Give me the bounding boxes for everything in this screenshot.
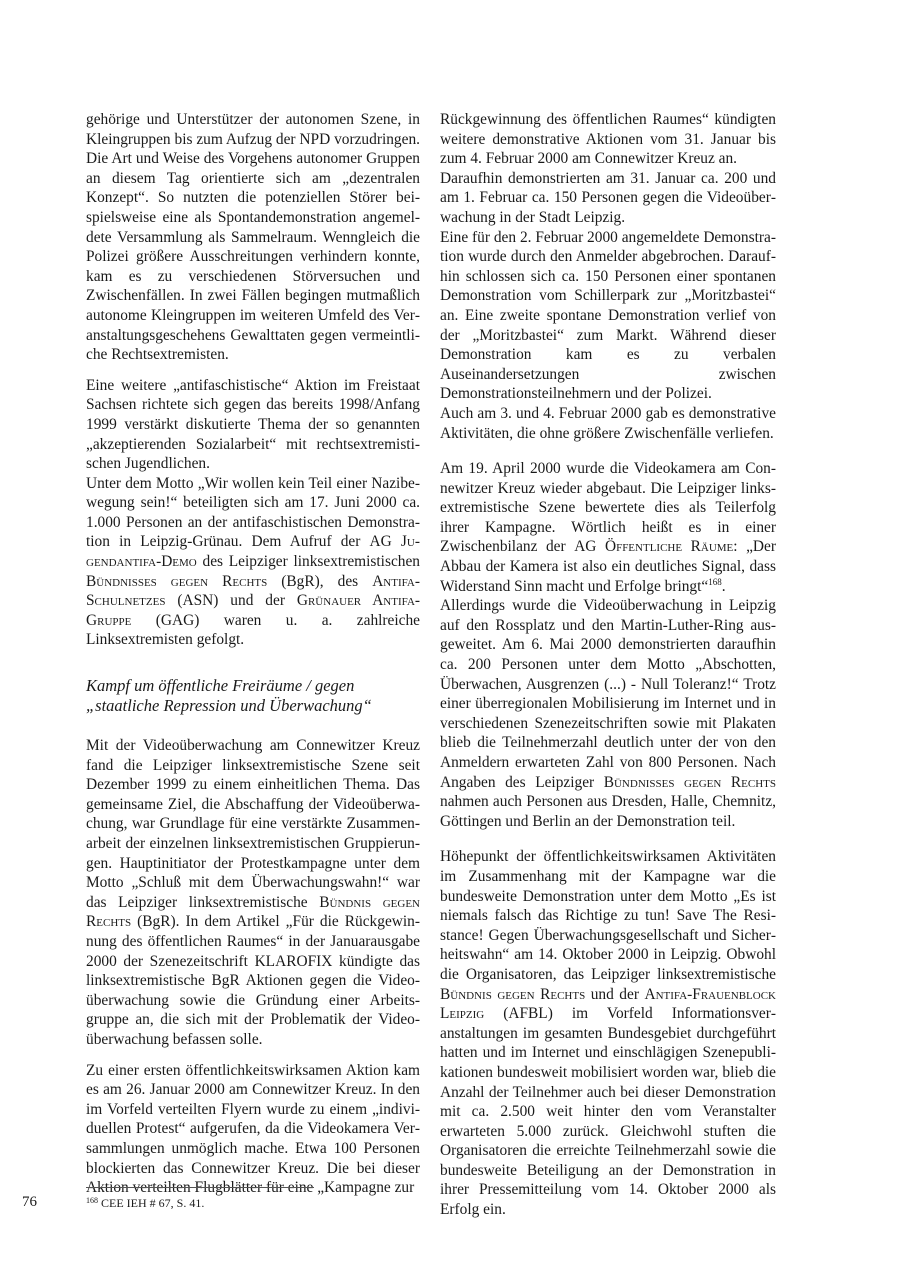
paragraph: Mit der Videoüberwachung am Connewitzer … — [86, 736, 420, 1050]
text-run: Mit der Videoüberwachung am Connewitzer … — [86, 737, 420, 911]
heading-line: Kampf um öffentliche Freiräume / gegen — [86, 676, 354, 695]
text-run: Allerdings wurde die Videoüberwachung in… — [440, 597, 776, 790]
footnote-reference[interactable]: 168 — [708, 577, 722, 587]
left-column: gehörige und Unterstützer der autonomen … — [86, 110, 420, 1198]
paragraph: Eine für den 2. Februar 2000 angemeldete… — [440, 228, 776, 404]
paragraph: Höhepunkt der öffentlichkeitswirksamen A… — [440, 847, 776, 1219]
paragraph: Zu einer ersten öffentlichkeitswirksamen… — [86, 1061, 420, 1198]
paragraph: Unter dem Motto „Wir wollen kein Teil ei… — [86, 474, 420, 650]
organization-name: Bündnis gegen Rechts — [440, 986, 585, 1003]
paragraph: Daraufhin demonstrierten am 31. Januar c… — [440, 169, 776, 228]
text-run: (GAG) waren u. a. zahlreiche Linksextrem… — [86, 612, 420, 649]
text-run: . — [722, 578, 726, 595]
right-column: Rückgewinnung des öffentlichen Raumes“ k… — [440, 110, 776, 1220]
paragraph: gehörige und Unterstützer der autonomen … — [86, 110, 420, 365]
text-run: (AFBL) im Vorfeld Informationsver­anstal… — [440, 1005, 776, 1218]
page-number: 76 — [22, 1194, 37, 1211]
footnote-divider — [86, 1187, 314, 1188]
paragraph: Auch am 3. und 4. Februar 2000 gab es de… — [440, 404, 776, 443]
paragraph: Allerdings wurde die Videoüberwachung in… — [440, 596, 776, 831]
text-run: (BgR). In dem Artikel „Für die Rückgewin… — [86, 913, 420, 1048]
text-run: des Leipziger linksextremisti­schen — [197, 553, 420, 570]
text-run: Höhepunkt der öffentlichkeitswirksamen A… — [440, 848, 776, 983]
footnote-number: 168 — [86, 1196, 98, 1205]
text-run: (BgR), des — [267, 573, 372, 590]
organization-name: Bündnisses gegen Rechts — [86, 573, 267, 590]
footnote: 168 CEE IEH # 67, S. 41. — [86, 1196, 204, 1211]
footnote-text: CEE IEH # 67, S. 41. — [101, 1196, 204, 1210]
text-run: und der — [585, 986, 644, 1003]
paragraph: Rückgewinnung des öffentlichen Raumes“ k… — [440, 110, 776, 169]
text-run: nahmen auch Personen aus Dresden, Halle,… — [440, 793, 776, 830]
organization-name: AG Öffentliche Räume — [574, 538, 733, 555]
text-run: (ASN) und der — [165, 592, 296, 609]
heading-line: „staatliche Repression und Überwachung“ — [86, 696, 372, 715]
paragraph: Eine weitere „antifaschistische“ Aktion … — [86, 376, 420, 474]
organization-name: Bündnisses gegen Rechts — [604, 774, 776, 791]
section-heading: Kampf um öffentliche Freiräume / gegen„s… — [86, 676, 420, 716]
paragraph: Am 19. April 2000 wurde die Videokamera … — [440, 459, 776, 596]
